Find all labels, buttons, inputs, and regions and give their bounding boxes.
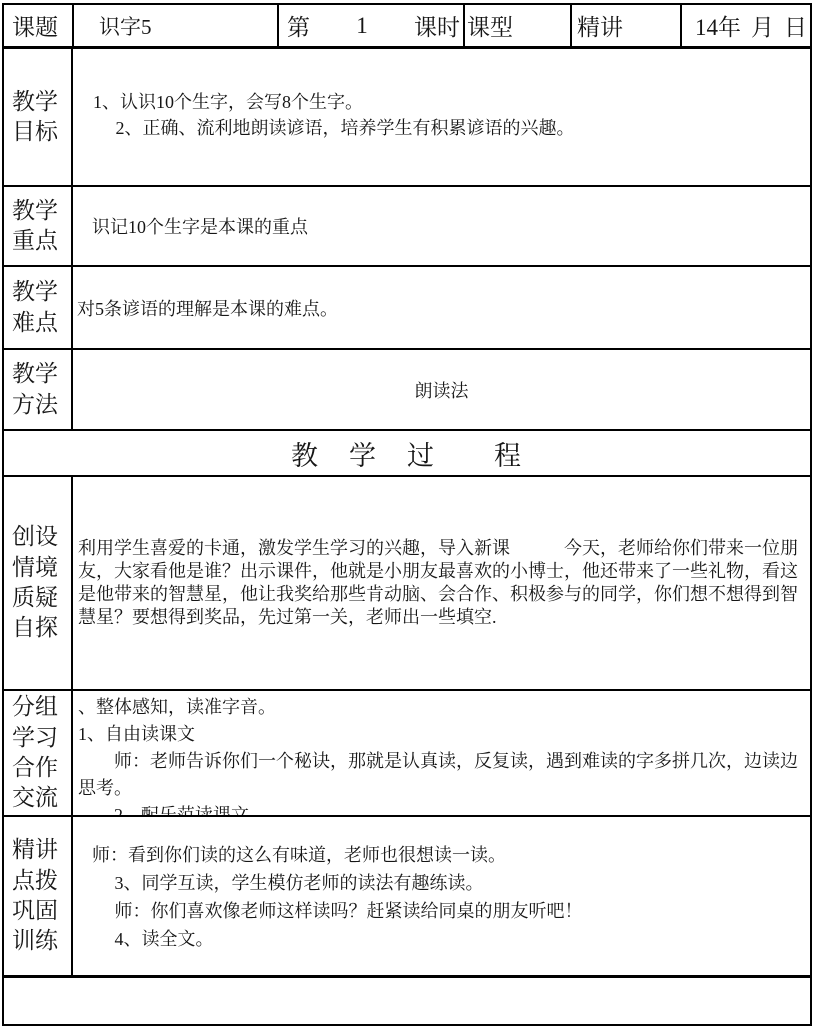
course-title-label: 课题 (4, 5, 74, 46)
stage-consolidation-row: 精讲点拨巩固训练 师：看到你们读的这么有味道，老师也很想读一读。 3、同学互读，… (4, 817, 810, 978)
key-points-label: 教学重点 (12, 196, 60, 257)
stage-situation-row: 创设情境质疑自探 利用学生喜爱的卡通，激发学生学习的兴趣，导入新课 今天，老师给… (4, 477, 810, 691)
date-cell: 14年 月 日 (682, 5, 810, 46)
key-points-content: 识记10个生字是本课的重点 (92, 213, 308, 239)
lesson-type-label: 课型 (465, 5, 572, 46)
key-points-content-cell: 识记10个生字是本课的重点 (73, 187, 810, 265)
empty-bottom-cell (4, 978, 810, 1024)
date-month: 月 (751, 9, 774, 42)
lesson-type-label-text: 课型 (467, 9, 513, 42)
lesson-type-value: 精讲 (572, 5, 682, 46)
stage-consolidation-label: 精讲点拨巩固训练 (12, 835, 60, 956)
stage-group-study-row: 分组学习合作交流 、整体感知，读准字音。 1、自由读课文 师：老师告诉你们一个秘… (4, 691, 810, 817)
objectives-label-cell: 教学目标 (4, 49, 73, 185)
period-cell: 第 1 课时 (279, 5, 465, 46)
methods-label: 教学方法 (12, 359, 60, 420)
date-day: 日 (784, 9, 807, 42)
key-points-label-cell: 教学重点 (4, 187, 73, 265)
methods-content: 朗读法 (415, 377, 469, 403)
lesson-plan-table: 课题 识字5 第 1 课时 课型 精讲 14年 月 日 教学目标 1、认识10个… (2, 3, 812, 1026)
key-points-row: 教学重点 识记10个生字是本课的重点 (4, 187, 810, 267)
difficulties-label: 教学难点 (12, 277, 60, 338)
methods-label-cell: 教学方法 (4, 350, 73, 429)
stage-consolidation-content: 师：看到你们读的这么有味道，老师也很想读一读。 3、同学互读，学生模仿老师的读法… (73, 817, 810, 975)
methods-row: 教学方法 朗读法 (4, 350, 810, 431)
header-row: 课题 识字5 第 1 课时 课型 精讲 14年 月 日 (4, 5, 810, 49)
lesson-type-value-text: 精讲 (577, 9, 623, 42)
difficulties-content-cell: 对5条谚语的理解是本课的难点。 (73, 267, 810, 348)
difficulties-row: 教学难点 对5条谚语的理解是本课的难点。 (4, 267, 810, 350)
course-title-label-text: 课题 (12, 9, 58, 42)
objectives-label: 教学目标 (12, 87, 60, 148)
methods-content-cell: 朗读法 (73, 350, 810, 429)
stage-group-study-content: 、整体感知，读准字音。 1、自由读课文 师：老师告诉你们一个秘诀，那就是认真读，… (73, 691, 810, 815)
period-prefix: 第 (287, 9, 310, 42)
difficulties-label-cell: 教学难点 (4, 267, 73, 348)
stage-group-study-label: 分组学习合作交流 (12, 692, 60, 813)
period-suffix: 课时 (414, 9, 460, 42)
period-number: 1 (356, 13, 368, 39)
difficulties-content: 对5条谚语的理解是本课的难点。 (77, 295, 338, 321)
process-title: 教 学 过 程 (291, 434, 523, 473)
process-banner: 教 学 过 程 (4, 431, 810, 477)
course-title-value: 识字5 (74, 5, 279, 46)
date-year: 14年 (695, 9, 741, 42)
course-title-value-text: 识字5 (99, 11, 152, 41)
objectives-row: 教学目标 1、认识10个生字，会写8个生字。 2、正确、流利地朗读谚语，培养学生… (4, 49, 810, 187)
stage-consolidation-label-cell: 精讲点拨巩固训练 (4, 817, 73, 975)
stage-group-study-label-cell: 分组学习合作交流 (4, 691, 73, 815)
stage-situation-content-cell: 利用学生喜爱的卡通，激发学生学习的兴趣，导入新课 今天，老师给你们带来一位朋友，… (73, 477, 810, 689)
empty-bottom-row (4, 978, 810, 1024)
objectives-content: 1、认识10个生字，会写8个生字。 2、正确、流利地朗读谚语，培养学生有积累谚语… (73, 49, 810, 185)
stage-situation-label-cell: 创设情境质疑自探 (4, 477, 73, 689)
stage-situation-content: 利用学生喜爱的卡通，激发学生学习的兴趣，导入新课 今天，老师给你们带来一位朋友，… (78, 537, 802, 629)
stage-situation-label: 创设情境质疑自探 (12, 522, 60, 643)
